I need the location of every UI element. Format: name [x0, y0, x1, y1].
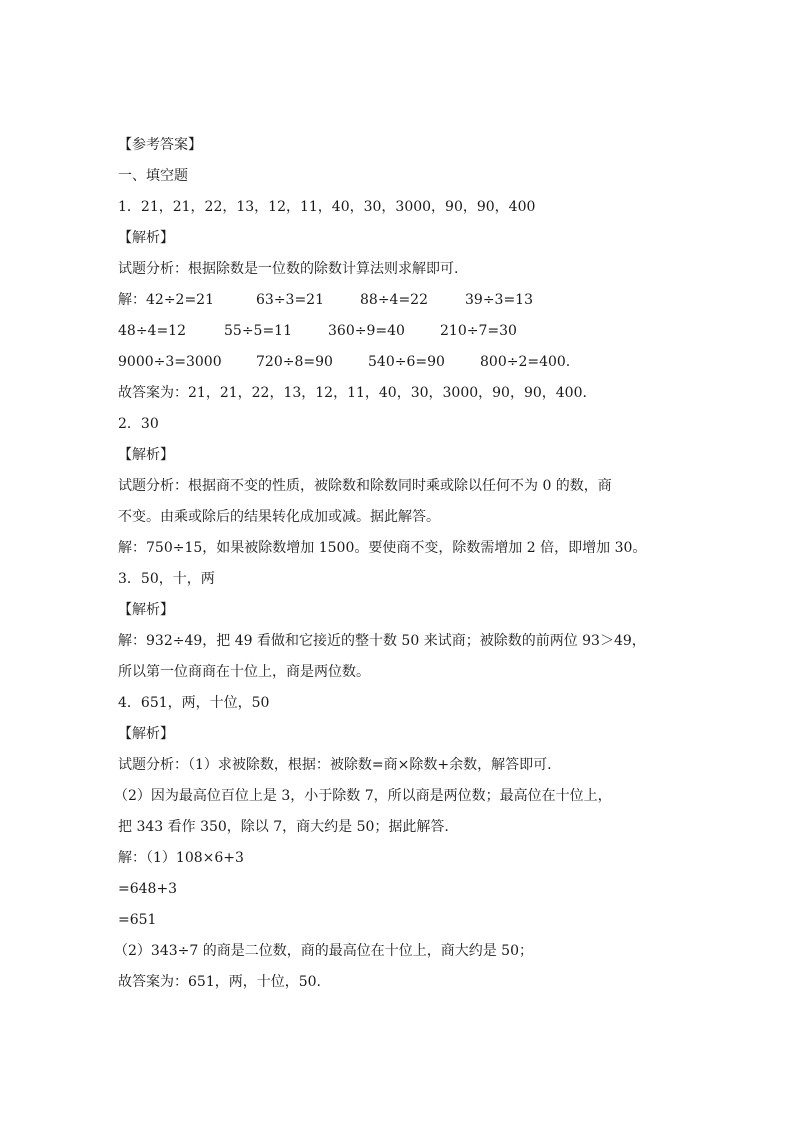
- q2-analysis-line-2: 不变。由乘或除后的结果转化成加或减。据此解答。: [118, 502, 718, 533]
- q3-solution-line-1: 解：932÷49，把 49 看做和它接近的整十数 50 来试商；被除数的前两位 …: [118, 626, 718, 657]
- answer-key-document: 【参考答案】 一、填空题 1．21，21，22，13，12，11，40，30，3…: [118, 130, 718, 998]
- q3-solution-line-2: 所以第一位商商在十位上，商是两位数。: [118, 657, 718, 688]
- equation: 39÷3=13: [465, 285, 533, 316]
- q4-solution-line-2: =648+3: [118, 874, 718, 905]
- equation: 360÷9=40: [328, 316, 405, 347]
- q4-solution-line-3: =651: [118, 905, 718, 936]
- equation: 9000÷3=3000: [118, 347, 222, 378]
- q1-equation-row-3: 9000÷3=3000 720÷8=90 540÷6=90 800÷2=400.: [118, 347, 718, 378]
- equation: 540÷6=90: [368, 347, 445, 378]
- equation: 55÷5=11: [224, 316, 292, 347]
- q2-solution: 解：750÷15，如果被除数增加 1500。要使商不变，除数需增加 2 倍，即增…: [118, 533, 718, 564]
- equation: 88÷4=22: [360, 285, 428, 316]
- q1-equation-row-2: 48÷4=12 55÷5=11 360÷9=40 210÷7=30: [118, 316, 718, 347]
- q4-solution-line-1: 解：（1）108×6+3: [118, 843, 718, 874]
- q2-answer: 2．30: [118, 409, 718, 440]
- equation: 800÷2=400.: [480, 347, 570, 378]
- q4-analysis-tag: 【解析】: [118, 719, 718, 750]
- q3-analysis-tag: 【解析】: [118, 595, 718, 626]
- q4-analysis-line-3: 把 343 看作 350，除以 7，商大约是 50；据此解答.: [118, 812, 718, 843]
- q1-analysis: 试题分析：根据除数是一位数的除数计算法则求解即可.: [118, 254, 718, 285]
- q1-conclusion: 故答案为：21，21，22，13，12，11，40，30，3000，90，90，…: [118, 378, 718, 409]
- q4-analysis-line-2: （2）因为最高位百位上是 3，小于除数 7，所以商是两位数；最高位在十位上，: [114, 781, 718, 812]
- equation: 48÷4=12: [118, 316, 186, 347]
- q4-answer: 4．651，两，十位，50: [118, 688, 718, 719]
- q2-analysis-line-1: 试题分析：根据商不变的性质，被除数和除数同时乘或除以任何不为 0 的数，商: [118, 471, 718, 502]
- q1-answer: 1．21，21，22，13，12，11，40，30，3000，90，90，400: [118, 192, 718, 223]
- q2-analysis-tag: 【解析】: [118, 440, 718, 471]
- equation: 720÷8=90: [256, 347, 333, 378]
- section-title: 一、填空题: [118, 161, 718, 192]
- q4-solution-line-4: （2）343÷7 的商是二位数，商的最高位在十位上，商大约是 50；: [114, 936, 718, 967]
- q1-analysis-tag: 【解析】: [118, 223, 718, 254]
- q4-analysis-line-1: 试题分析：（1）求被除数，根据：被除数=商×除数+余数，解答即可.: [118, 750, 718, 781]
- answer-key-header: 【参考答案】: [118, 130, 718, 161]
- q1-equation-row-1: 解：42÷2=21 63÷3=21 88÷4=22 39÷3=13: [118, 285, 718, 316]
- equation: 63÷3=21: [256, 285, 324, 316]
- equation: 210÷7=30: [440, 316, 517, 347]
- equation: 解：42÷2=21: [118, 285, 214, 316]
- q4-conclusion: 故答案为：651，两，十位，50.: [118, 967, 718, 998]
- q3-answer: 3．50，十，两: [118, 564, 718, 595]
